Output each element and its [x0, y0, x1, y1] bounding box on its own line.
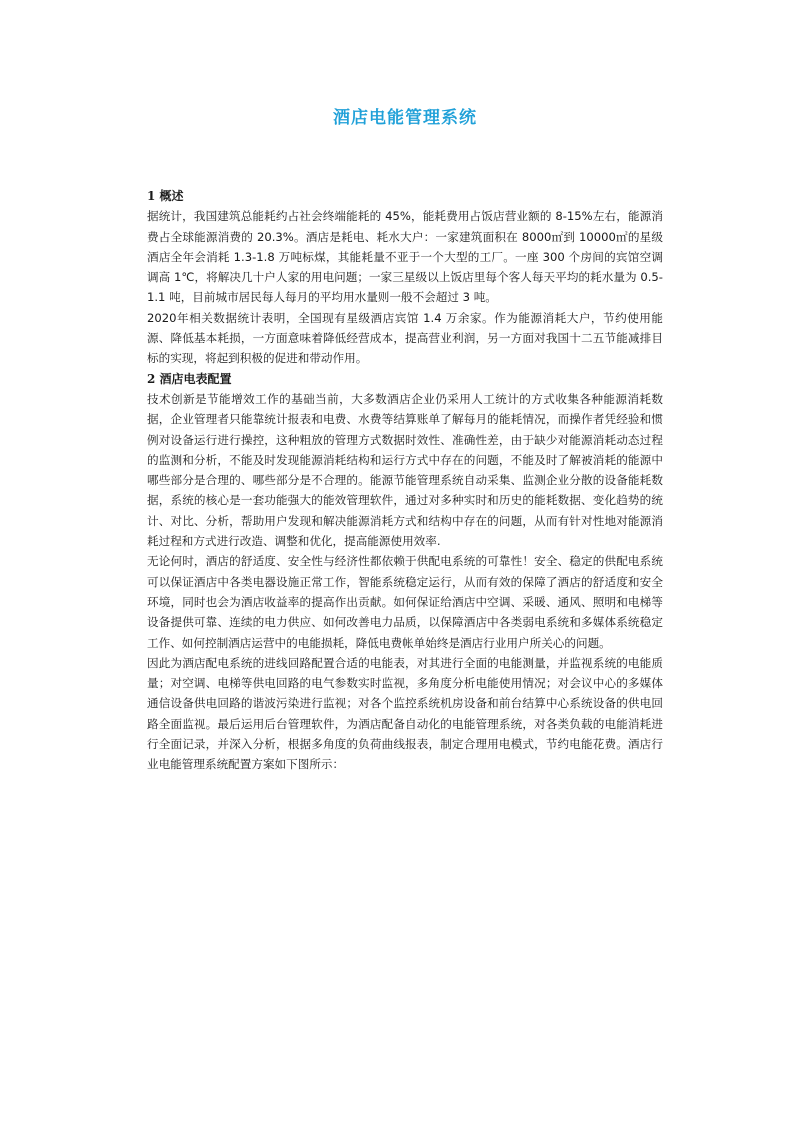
section-heading: 1 概述	[147, 186, 663, 206]
section-meter-configuration: 2 酒店电表配置 技术创新是节能增效工作的基础当前，大多数酒店企业仍采用人工统计…	[147, 369, 663, 775]
paragraph: 2020年相关数据统计表明，全国现有星级酒店宾馆 1.4 万余家。作为能源消耗大…	[147, 308, 663, 369]
paragraph: 据统计，我国建筑总能耗约占社会终端能耗的 45%，能耗费用占饭店营业额的 8-1…	[147, 206, 663, 307]
paragraph: 因此为酒店配电系统的进线回路配置合适的电能表，对其进行全面的电能测量，并监视系统…	[147, 653, 663, 775]
section-heading: 2 酒店电表配置	[147, 369, 663, 389]
paragraph: 技术创新是节能增效工作的基础当前，大多数酒店企业仍采用人工统计的方式收集各种能源…	[147, 389, 663, 551]
document-title: 酒店电能管理系统	[147, 106, 663, 130]
document-body: 1 概述 据统计，我国建筑总能耗约占社会终端能耗的 45%，能耗费用占饭店营业额…	[147, 186, 663, 775]
paragraph: 无论何时，酒店的舒适度、安全性与经济性都依赖于供配电系统的可靠性！安全、稳定的供…	[147, 551, 663, 652]
section-overview: 1 概述 据统计，我国建筑总能耗约占社会终端能耗的 45%，能耗费用占饭店营业额…	[147, 186, 663, 369]
